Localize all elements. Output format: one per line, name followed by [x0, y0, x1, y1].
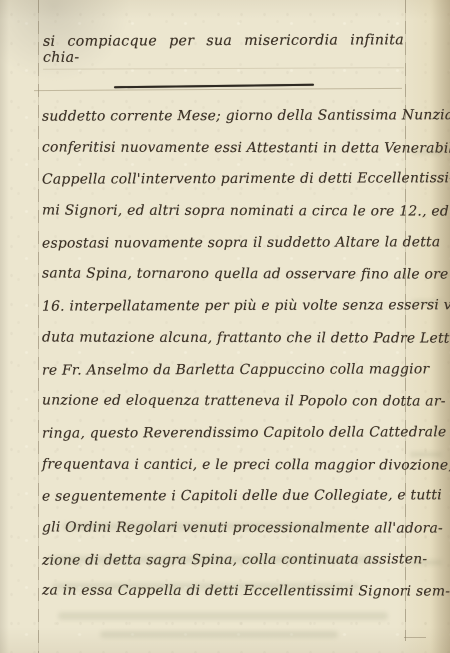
ink-bleedthrough-mark: [410, 560, 442, 565]
manuscript-line: 16. interpellatamente per più e più volt…: [42, 290, 410, 323]
manuscript-line: ringa, questo Reverendissimo Capitolo de…: [42, 417, 410, 450]
ink-bleedthrough-mark: [48, 556, 378, 563]
manuscript-line: e seguentemente i Capitoli delle due Col…: [42, 481, 410, 514]
manuscript-line: duta mutazione alcuna, frattanto che il …: [42, 322, 410, 355]
ink-bleedthrough-mark: [100, 631, 338, 638]
ink-bleedthrough-mark: [62, 523, 357, 530]
manuscript-page: si compiacque per sua misericordia infin…: [0, 0, 450, 653]
manuscript-line: za in essa Cappella di detti Eccellentis…: [42, 576, 410, 609]
manuscript-body: suddetto corrente Mese; giorno della San…: [42, 101, 410, 608]
manuscript-line: santa Spina, tornarono quella ad osserva…: [42, 259, 410, 292]
manuscript-line: unzione ed eloquenza tratteneva il Popol…: [42, 386, 410, 419]
divider-rule: [34, 88, 402, 91]
manuscript-line: Cappella coll'intervento parimente di de…: [42, 164, 410, 197]
manuscript-line: frequentava i cantici, e le preci colla …: [42, 449, 410, 482]
ink-bleedthrough-mark: [410, 452, 442, 457]
manuscript-line: espostasi nuovamente sopra il suddetto A…: [42, 227, 410, 260]
margin-rule-left: [38, 0, 39, 653]
ink-bleedthrough-mark: [412, 300, 442, 305]
ink-bleedthrough-mark: [52, 583, 360, 590]
ink-bleedthrough-mark: [58, 612, 388, 620]
ink-bleedthrough-mark: [412, 150, 442, 155]
catchline-text: si compiacque per sua misericordia infin…: [43, 32, 404, 70]
manuscript-line: re Fr. Anselmo da Barletta Cappuccino co…: [42, 354, 410, 387]
manuscript-line: suddetto corrente Mese; giorno della San…: [42, 100, 410, 133]
manuscript-line: conferitisi nuovamente essi Attestanti i…: [42, 132, 410, 165]
manuscript-line: mi Signori, ed altri sopra nominati a ci…: [42, 196, 410, 229]
margin-rule-bottom-tick: [404, 637, 426, 638]
